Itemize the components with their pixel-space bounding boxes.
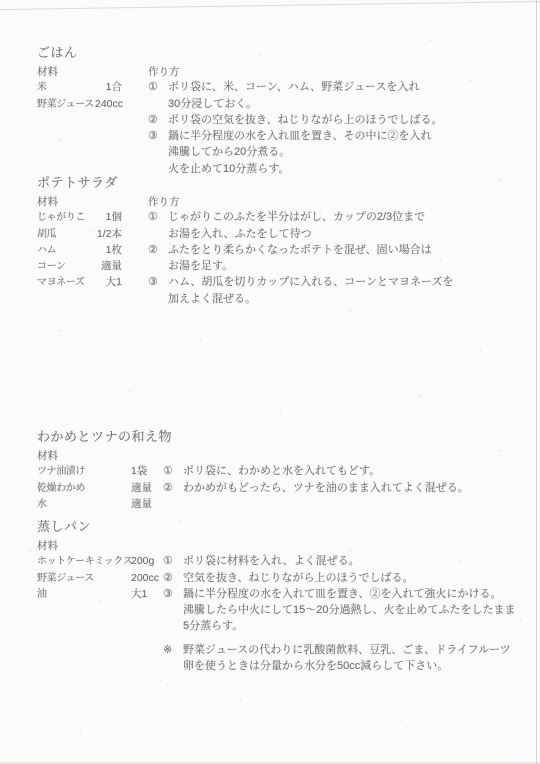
recipe-title: 蒸しパン — [37, 518, 540, 536]
recipe-mushipan: 蒸しパン 材料 ホットケーキミックス200g①ポリ袋に材料を入れ、よく混ぜる。 … — [0, 518, 540, 636]
recipe-line: 水適量 — [37, 497, 540, 513]
recipe-title: ごはん — [37, 44, 540, 62]
step-number: ① — [163, 464, 183, 479]
ingredient-quantity: 240cc — [95, 97, 122, 112]
step-text: ポリ袋に、わかめと水を入れてもどす。 — [183, 464, 380, 479]
recipe-title: わかめとツナの和え物 — [37, 428, 540, 446]
ingredient-quantity: 200g — [131, 554, 163, 569]
step-text: 空気を抜き、ねじりながら上のほうでしばる。 — [183, 571, 414, 586]
column-headers: 材料作り方 — [37, 194, 540, 210]
ingredient-name: マヨネーズ — [37, 275, 95, 290]
step-number: ② — [163, 481, 183, 496]
recipe-line: 5分蒸らす。 — [37, 619, 540, 635]
directions-label: 作り方 — [148, 66, 180, 78]
step-text: ふたをとり柔らかくなったポテトを混ぜ、固い場合は — [168, 243, 432, 258]
step-text: ポリ袋に、米、コーン、ハム、野菜ジュースを入れ — [168, 80, 419, 95]
step-text: 鍋に半分程度の水を入れて皿を置き、②を入れて強火にかける。 — [183, 587, 502, 602]
asterisk-mark: ※ — [163, 643, 183, 658]
recipe-gohan: ごはん 材料作り方 米1合①ポリ袋に、米、コーン、ハム、野菜ジュースを入れ 野菜… — [0, 44, 540, 178]
step-number: ① — [163, 554, 183, 569]
ingredient-name: ホットケーキミックス — [37, 554, 131, 569]
column-headers: 材料作り方 — [37, 64, 540, 80]
step-text: わかめがもどったら、ツナを油のまま入れてよく混ぜる。 — [183, 481, 469, 496]
step-text: 5分蒸らす。 — [183, 619, 243, 634]
footnote: ※野菜ジュースの代わりに乳酸菌飲料、豆乳、ごま、ドライフルーツ 卵を使うときは分… — [0, 643, 540, 676]
step-text: ポリ袋に材料を入れ、よく混ぜる。 — [183, 554, 360, 569]
ingredients-label: 材料 — [37, 540, 58, 552]
step-text: 30分浸しておく。 — [168, 97, 257, 112]
step-number: ③ — [148, 275, 168, 290]
column-headers: 材料 — [37, 538, 540, 554]
footnote-line: ※野菜ジュースの代わりに乳酸菌飲料、豆乳、ごま、ドライフルーツ — [37, 643, 540, 659]
step-number: ① — [148, 80, 168, 95]
step-number: ② — [163, 571, 183, 586]
step-text: 鍋に半分程度の水を入れ皿を置き、その中に②を入れ — [168, 129, 432, 144]
step-number: ② — [148, 113, 168, 128]
recipe-line: ハム1枚②ふたをとり柔らかくなったポテトを混ぜ、固い場合は — [37, 243, 540, 259]
scan-edge-top — [0, 1, 540, 10]
ingredient-quantity: 大1 — [95, 275, 122, 290]
ingredients-label: 材料 — [37, 64, 148, 80]
step-text: 沸騰したら中火にして15～20分過熱し、火を止めてふたをしたまま — [183, 603, 515, 618]
ingredient-name: 野菜ジュース — [37, 571, 131, 586]
step-text: 沸騰してから20分煮る。 — [168, 145, 290, 160]
ingredient-name: 水 — [37, 497, 131, 512]
ingredient-quantity: 1枚 — [95, 243, 122, 258]
recipe-line: マヨネーズ大1③ハム、胡瓜を切りカップに入れる、コーンとマヨネーズを — [37, 275, 540, 291]
recipe-title: ポテトサラダ — [37, 174, 540, 192]
recipe-line: ホットケーキミックス200g①ポリ袋に材料を入れ、よく混ぜる。 — [37, 554, 540, 570]
recipe-line: 油大1③鍋に半分程度の水を入れて皿を置き、②を入れて強火にかける。 — [37, 587, 540, 603]
ingredient-quantity: 1/2本 — [95, 227, 122, 242]
scanned-recipe-page: ごはん 材料作り方 米1合①ポリ袋に、米、コーン、ハム、野菜ジュースを入れ 野菜… — [0, 0, 540, 764]
recipe-line: 胡瓜1/2本お湯を入れ、ふたをして待つ — [37, 227, 540, 243]
ingredient-quantity: 適量 — [95, 259, 122, 274]
recipe-line: 沸騰してから20分煮る。 — [37, 145, 540, 161]
ingredient-name: 胡瓜 — [37, 227, 95, 242]
ingredient-name: 乾燥わかめ — [37, 481, 131, 496]
recipe-potato-salad: ポテトサラダ 材料作り方 じゃがりこ1個①じゃがりこのふたを半分はがし、カップの… — [0, 174, 540, 308]
recipe-wakame-tuna: わかめとツナの和え物 材料 ツナ油漬け1袋①ポリ袋に、わかめと水を入れてもどす。… — [0, 428, 540, 513]
ingredient-quantity: 200cc — [131, 571, 163, 586]
directions-label: 作り方 — [148, 196, 180, 208]
recipe-line: ③鍋に半分程度の水を入れ皿を置き、その中に②を入れ — [37, 129, 540, 145]
recipe-line: ツナ油漬け1袋①ポリ袋に、わかめと水を入れてもどす。 — [37, 464, 540, 480]
step-text: ハム、胡瓜を切りカップに入れる、コーンとマヨネーズを — [168, 275, 453, 290]
ingredients-label: 材料 — [37, 450, 58, 462]
ingredient-quantity: 適量 — [131, 497, 163, 512]
ingredient-name: 油 — [37, 587, 131, 602]
recipe-line: コーン適量お湯を足す。 — [37, 259, 540, 275]
ingredient-quantity: 大1 — [131, 587, 163, 602]
ingredient-name: ツナ油漬け — [37, 464, 131, 479]
step-text: じゃがりこのふたを半分はがし、カップの2/3位まで — [168, 210, 425, 225]
ingredient-quantity: 1合 — [95, 80, 122, 95]
recipe-line: 野菜ジュース200cc②空気を抜き、ねじりながら上のほうでしばる。 — [37, 571, 540, 587]
ingredient-name: 野菜ジュース — [37, 97, 95, 112]
step-number: ② — [148, 243, 168, 258]
paper-noise — [0, 0, 1, 1]
footnote-text: 卵を使うときは分量から水分を50cc減らして下さい。 — [183, 659, 448, 674]
recipe-line: 沸騰したら中火にして15～20分過熱し、火を止めてふたをしたまま — [37, 603, 540, 619]
ingredient-name: ハム — [37, 243, 95, 258]
step-text: ポリ袋の空気を抜き、ねじりながら上のほうでしばる。 — [168, 113, 443, 128]
ingredient-name: 米 — [37, 80, 95, 95]
recipe-line: 乾燥わかめ適量②わかめがもどったら、ツナを油のまま入れてよく混ぜる。 — [37, 481, 540, 497]
recipe-line: 野菜ジュース240cc30分浸しておく。 — [37, 97, 540, 113]
ingredient-name: コーン — [37, 259, 95, 274]
step-text: 加えよく混ぜる。 — [168, 292, 256, 307]
step-number: ① — [148, 210, 168, 225]
ingredient-quantity: 1袋 — [131, 464, 163, 479]
recipe-line: じゃがりこ1個①じゃがりこのふたを半分はがし、カップの2/3位まで — [37, 210, 540, 226]
step-text: お湯を足す。 — [168, 259, 233, 274]
recipe-line: 加えよく混ぜる。 — [37, 292, 540, 308]
ingredient-quantity: 1個 — [95, 210, 122, 225]
ingredient-quantity: 適量 — [131, 481, 163, 496]
footnote-line: 卵を使うときは分量から水分を50cc減らして下さい。 — [37, 659, 540, 675]
step-number: ③ — [148, 129, 168, 144]
footnote-text: 野菜ジュースの代わりに乳酸菌飲料、豆乳、ごま、ドライフルーツ — [183, 643, 511, 658]
column-headers: 材料 — [37, 448, 540, 464]
ingredients-label: 材料 — [37, 194, 148, 210]
recipe-line: 米1合①ポリ袋に、米、コーン、ハム、野菜ジュースを入れ — [37, 80, 540, 96]
ingredient-name: じゃがりこ — [37, 210, 95, 225]
step-text: お湯を入れ、ふたをして待つ — [168, 227, 312, 242]
recipe-line: ②ポリ袋の空気を抜き、ねじりながら上のほうでしばる。 — [37, 113, 540, 129]
step-number: ③ — [163, 587, 183, 602]
